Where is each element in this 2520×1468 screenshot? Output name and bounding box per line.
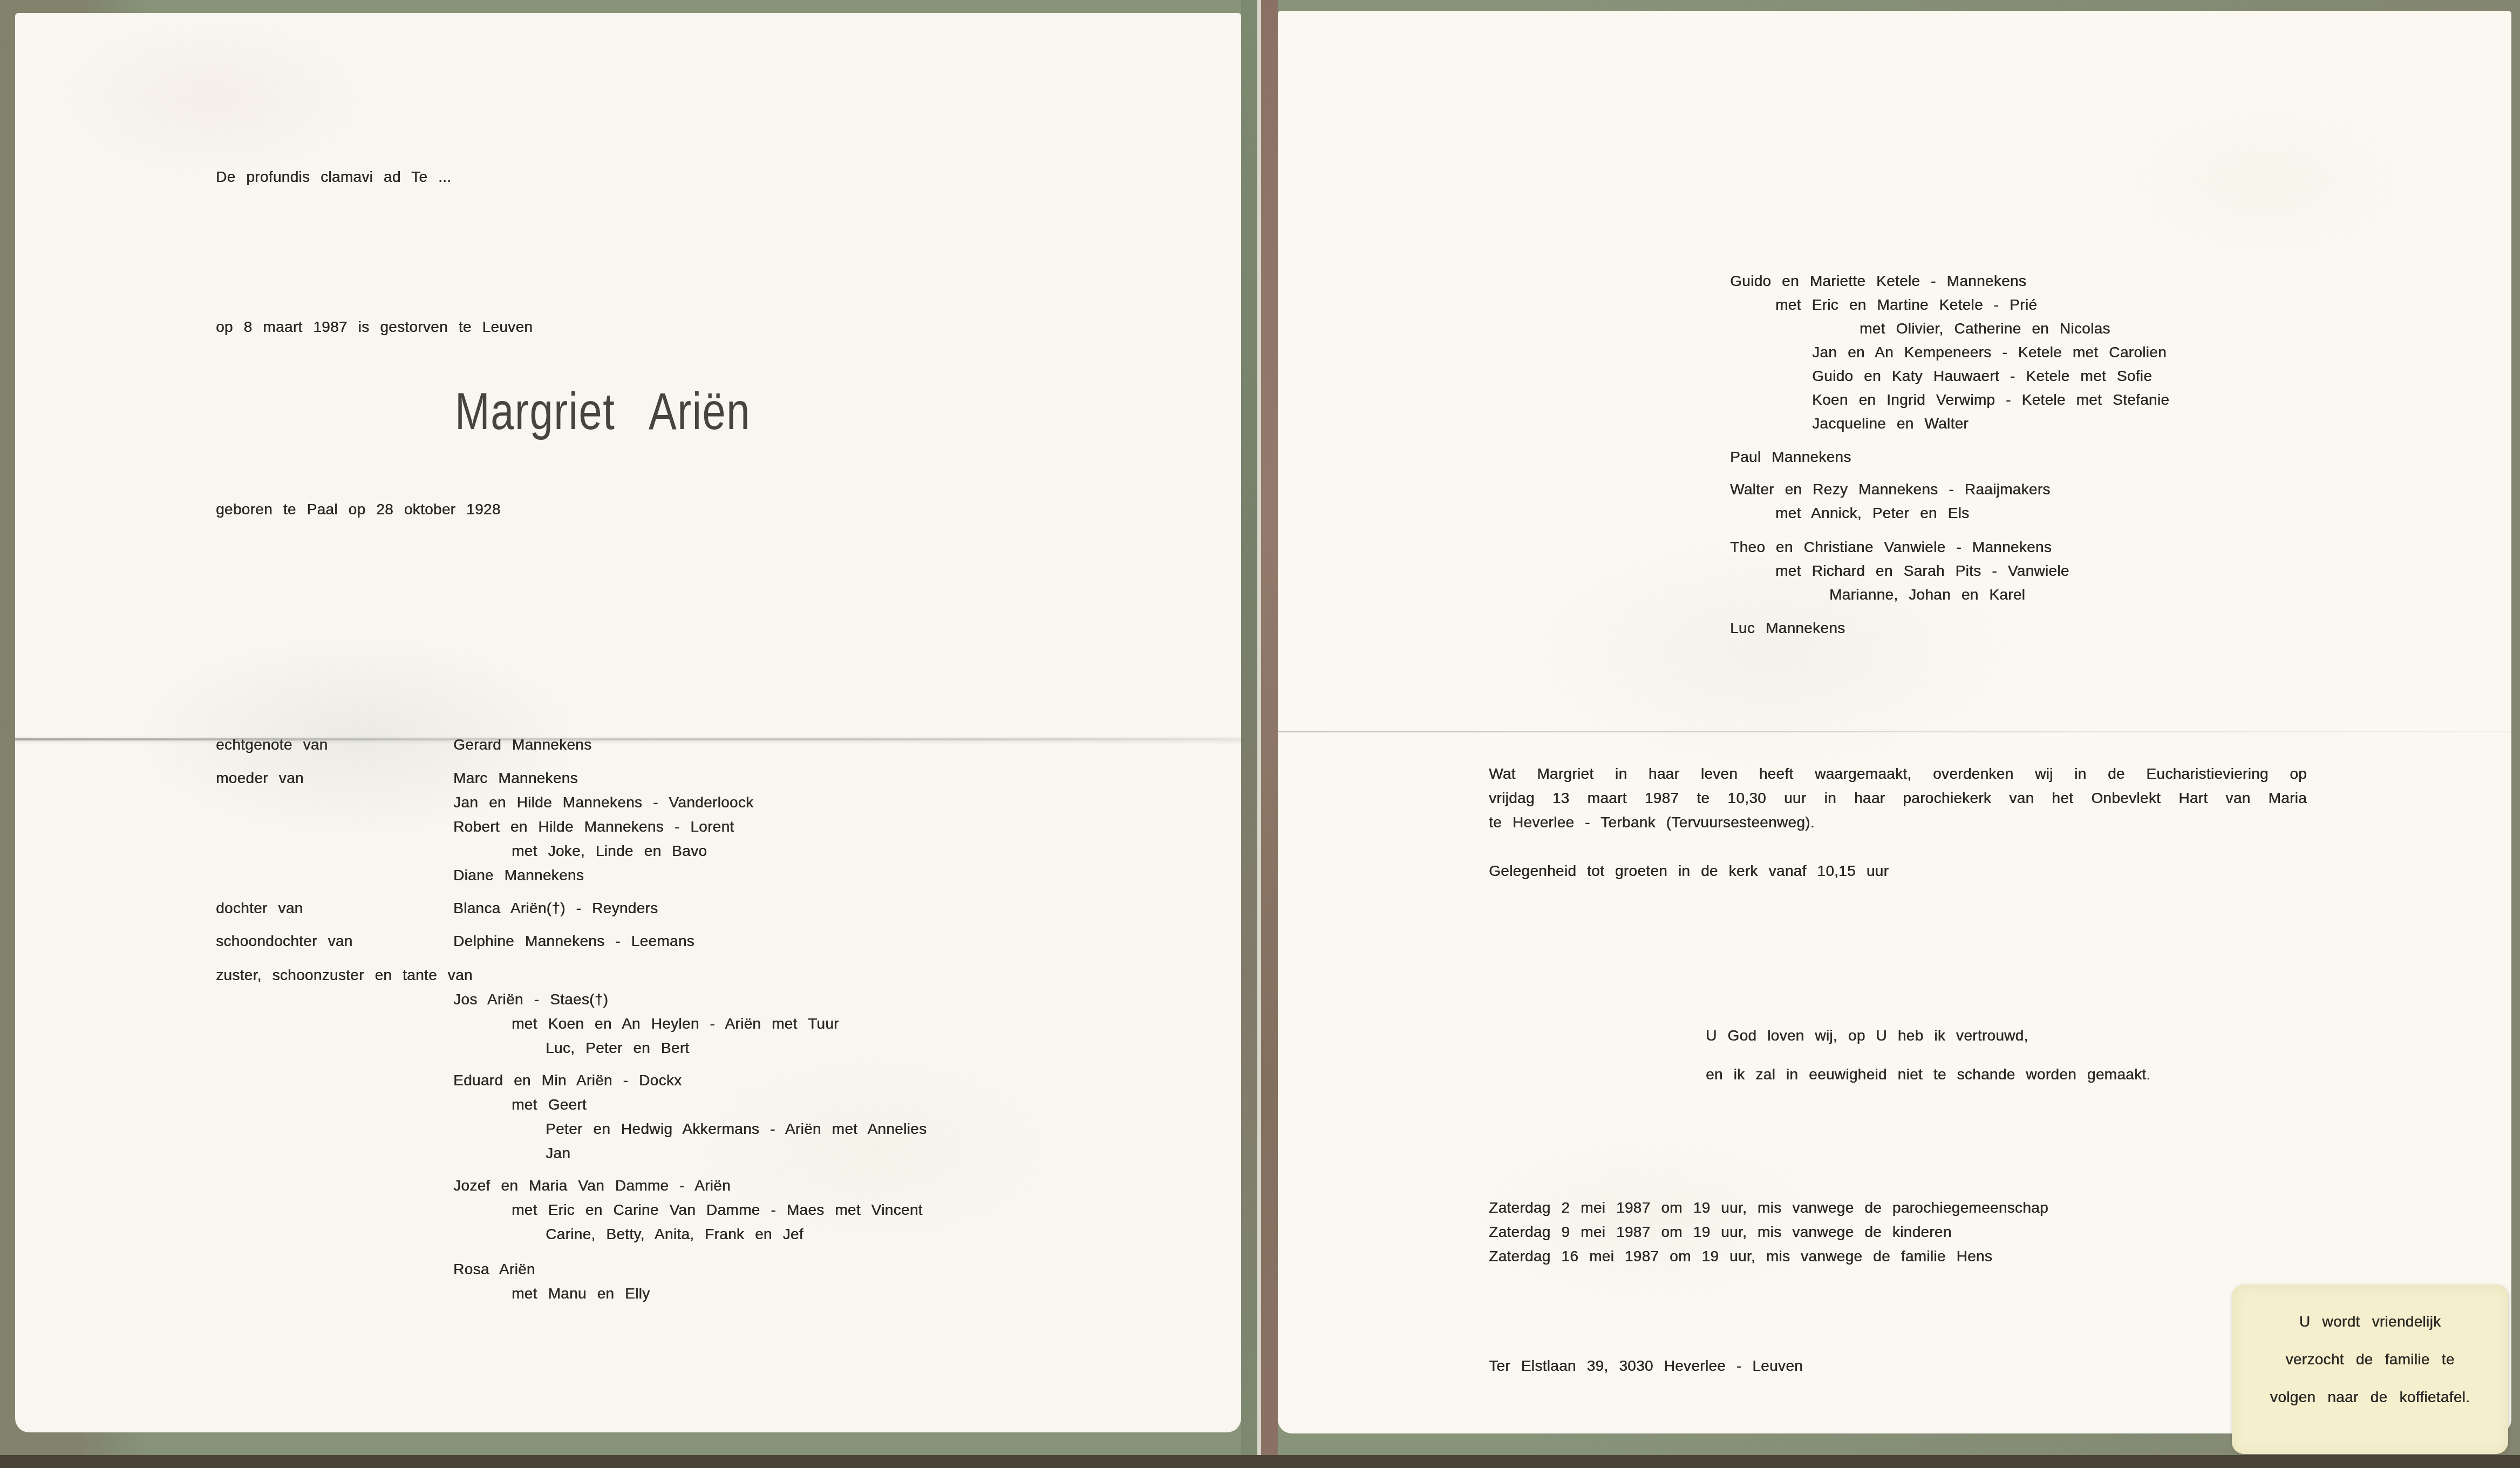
family-member-line: Eduard en Min Ariën - Dockx: [453, 1072, 682, 1089]
family-member-line: met Joke, Linde en Bavo: [512, 842, 707, 860]
family-member-line: met Annick, Peter en Els: [1775, 505, 1969, 522]
relation-label: dochter van: [216, 900, 303, 917]
family-member-line: Walter en Rezy Mannekens - Raaijmakers: [1730, 481, 2051, 498]
family-member-line: Theo en Christiane Vanwiele - Mannekens: [1730, 539, 2052, 556]
center-binding-strip-green: [1241, 0, 1257, 1457]
family-member-line: Jan en An Kempeneers - Ketele met Caroli…: [1812, 344, 2167, 361]
relation-value: Blanca Ariën(†) - Reynders: [453, 900, 658, 917]
family-member-line: Jan: [546, 1145, 570, 1162]
page-fold-crease: [15, 738, 1241, 740]
greeting-line: Gelegenheid tot groeten in de kerk vanaf…: [1489, 862, 1889, 880]
right-page: Guido en Mariette Ketele - Mannekens met…: [1278, 11, 2511, 1433]
relation-label: zuster, schoonzuster en tante van: [216, 967, 473, 984]
service-paragraph-line: Wat Margriet in haar leven heeft waargem…: [1489, 765, 2307, 783]
family-member-line: Paul Mannekens: [1730, 448, 1851, 466]
family-member-line: met Manu en Elly: [512, 1285, 650, 1302]
left-page: De profundis clamavi ad Te ... op 8 maar…: [15, 13, 1241, 1432]
psalm-quote-line: U God loven wij, op U heb ik vertrouwd,: [1706, 1027, 2028, 1044]
mass-line: Zaterdag 9 mei 1987 om 19 uur, mis vanwe…: [1489, 1224, 1952, 1241]
coffee-table-note: U wordt vriendelijk verzocht de familie …: [2232, 1284, 2508, 1454]
note-line: verzocht de familie te: [2232, 1341, 2508, 1378]
birth-line: geboren te Paal op 28 oktober 1928: [216, 501, 501, 518]
family-member-line: Jan en Hilde Mannekens - Vanderloock: [453, 794, 753, 811]
family-member-line: Luc Mannekens: [1730, 620, 1845, 637]
relation-label: moeder van: [216, 770, 304, 787]
family-member-line: Luc, Peter en Bert: [546, 1039, 689, 1057]
relation-value: Delphine Mannekens - Leemans: [453, 933, 694, 950]
family-member-line: Jos Ariën - Staes(†): [453, 991, 608, 1008]
note-line: U wordt vriendelijk: [2232, 1303, 2508, 1341]
mass-line: Zaterdag 16 mei 1987 om 19 uur, mis vanw…: [1489, 1248, 1992, 1265]
family-member-line: met Koen en An Heylen - Ariën met Tuur: [512, 1015, 839, 1032]
family-member-line: met Geert: [512, 1096, 587, 1113]
family-member-line: met Richard en Sarah Pits - Vanwiele: [1775, 562, 2069, 580]
relation-label: echtgenote van: [216, 736, 328, 753]
family-member-line: Diane Mannekens: [453, 867, 584, 884]
death-date-line: op 8 maart 1987 is gestorven te Leuven: [216, 318, 533, 336]
family-member-line: Jozef en Maria Van Damme - Ariën: [453, 1177, 731, 1194]
prayer-line: De profundis clamavi ad Te ...: [216, 168, 451, 186]
family-member-line: Guido en Mariette Ketele - Mannekens: [1730, 273, 2026, 290]
family-member-line: met Eric en Carine Van Damme - Maes met …: [512, 1201, 923, 1219]
family-member-line: met Olivier, Catherine en Nicolas: [1860, 320, 2110, 337]
family-member-line: Robert en Hilde Mannekens - Lorent: [453, 818, 734, 835]
family-member-line: Peter en Hedwig Akkermans - Ariën met An…: [546, 1120, 927, 1138]
service-paragraph-line: te Heverlee - Terbank (Tervuursesteenweg…: [1489, 814, 1815, 831]
family-member-line: Koen en Ingrid Verwimp - Ketele met Stef…: [1812, 391, 2169, 409]
family-member-line: Rosa Ariën: [453, 1261, 535, 1278]
note-line: volgen naar de koffietafel.: [2232, 1378, 2508, 1416]
relation-value: Gerard Mannekens: [453, 736, 591, 753]
family-member-line: met Eric en Martine Ketele - Prié: [1775, 296, 2037, 314]
center-binding-strip-brown: [1261, 0, 1278, 1457]
mass-line: Zaterdag 2 mei 1987 om 19 uur, mis vanwe…: [1489, 1199, 2048, 1216]
scanned-memorial-card: De profundis clamavi ad Te ... op 8 maar…: [0, 0, 2520, 1468]
family-member-line: Jacqueline en Walter: [1812, 415, 1969, 432]
deceased-name: Margriet Ariën: [455, 381, 751, 441]
psalm-quote-line: en ik zal in eeuwigheid niet te schande …: [1706, 1066, 2150, 1083]
relation-value: Marc Mannekens: [453, 770, 578, 787]
family-member-line: Carine, Betty, Anita, Frank en Jef: [546, 1226, 803, 1243]
center-binding-gap: [1257, 0, 1261, 1457]
service-paragraph-line: vrijdag 13 maart 1987 te 10,30 uur in ha…: [1489, 790, 2307, 807]
page-fold-crease: [1278, 731, 2511, 732]
relation-label: schoondochter van: [216, 933, 352, 950]
family-member-line: Marianne, Johan en Karel: [1829, 586, 2025, 603]
address-line: Ter Elstlaan 39, 3030 Heverlee - Leuven: [1489, 1357, 1803, 1375]
family-member-line: Guido en Katy Hauwaert - Ketele met Sofi…: [1812, 368, 2152, 385]
